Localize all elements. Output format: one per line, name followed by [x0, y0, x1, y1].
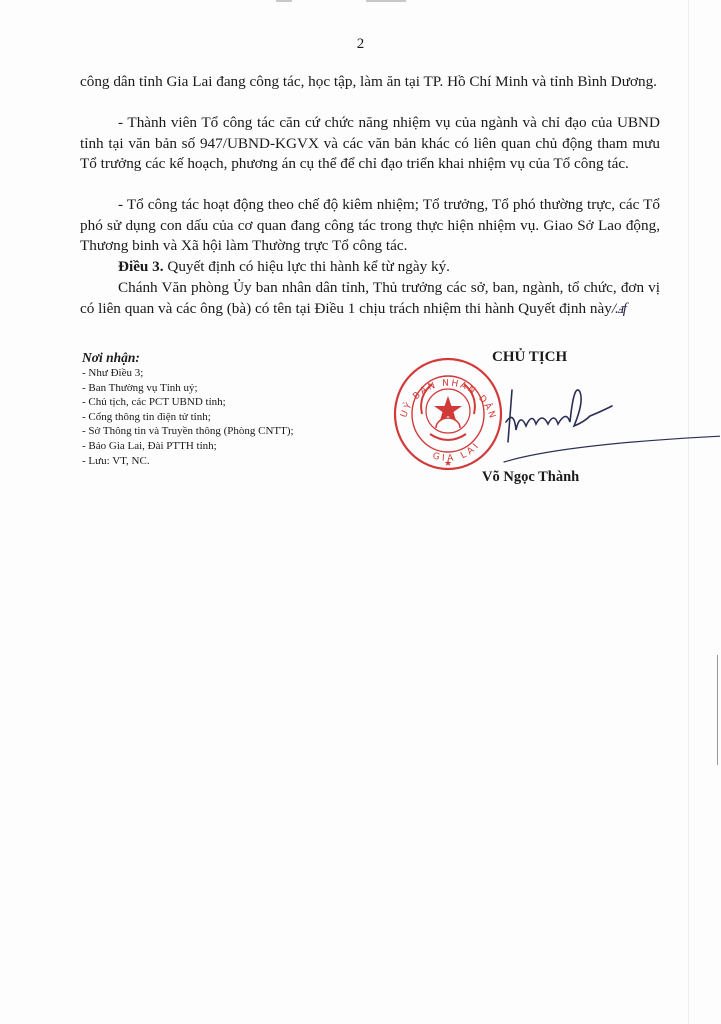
recipient-item: - Lưu: VT, NC.: [82, 454, 294, 469]
paragraph-operation-mode: - Tổ công tác hoạt động theo chế độ kiêm…: [80, 195, 660, 257]
recipients-list: - Như Điều 3; - Ban Thường vụ Tỉnh uỷ; -…: [82, 366, 294, 468]
official-seal-icon: UỶ BAN NHÂN DÂN TỈNH GIA LAI ★: [392, 356, 504, 472]
paragraph-members-duties: - Thành viên Tổ công tác căn cứ chức năn…: [80, 113, 660, 175]
recipient-item: - Sở Thông tin và Truyền thông (Phòng CN…: [82, 424, 294, 439]
paragraph-enforcement: Chánh Văn phòng Ủy ban nhân dân tỉnh, Th…: [80, 278, 660, 319]
scan-artifact: [717, 655, 718, 765]
recipients-title: Nơi nhận:: [82, 349, 294, 366]
scan-artifact: [276, 0, 292, 2]
recipient-item: - Báo Gia Lai, Đài PTTH tỉnh;: [82, 439, 294, 454]
paragraph-continuation: công dân tỉnh Gia Lai đang công tác, học…: [80, 72, 660, 93]
signer-title: CHỦ TỊCH: [492, 349, 567, 366]
article-label: Điều 3.: [118, 258, 164, 275]
recipient-item: - Ban Thường vụ Tỉnh uỷ;: [82, 381, 294, 396]
signer-name: Võ Ngọc Thành: [482, 469, 579, 486]
initials-mark: /.ⅎf: [612, 300, 626, 317]
paragraph-article-3: Điều 3. Quyết định có hiệu lực thi hành …: [80, 257, 660, 278]
document-page: 2 công dân tỉnh Gia Lai đang công tác, h…: [0, 0, 721, 1024]
recipient-item: - Chủ tịch, các PCT UBND tỉnh;: [82, 395, 294, 410]
page-number: 2: [0, 36, 721, 53]
handwritten-signature-icon: [490, 372, 720, 472]
scan-artifact: [366, 0, 406, 2]
recipients-block: Nơi nhận: - Như Điều 3; - Ban Thường vụ …: [82, 349, 294, 468]
scan-edge: [688, 0, 689, 1024]
svg-text:★: ★: [444, 458, 452, 468]
article-text: Quyết định có hiệu lực thi hành kể từ ng…: [164, 258, 450, 275]
enforcement-text: Chánh Văn phòng Ủy ban nhân dân tỉnh, Th…: [80, 279, 660, 317]
recipient-item: - Như Điều 3;: [82, 366, 294, 381]
recipient-item: - Cổng thông tin điện tử tỉnh;: [82, 410, 294, 425]
